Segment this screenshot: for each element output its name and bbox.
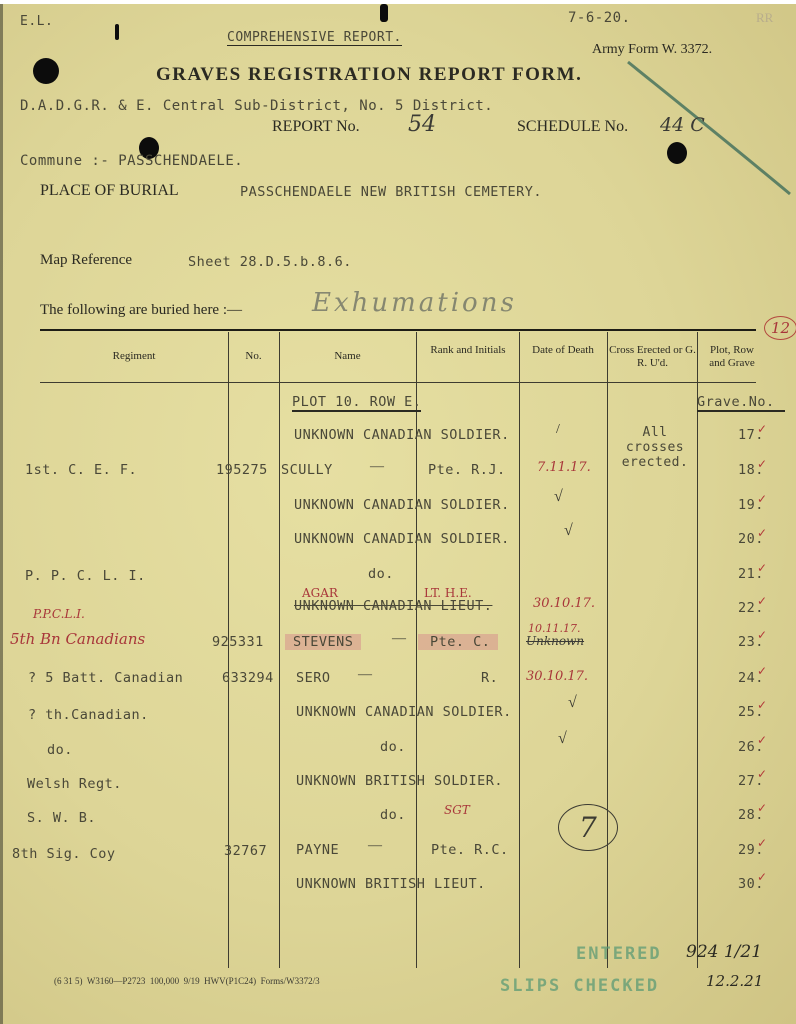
number-cell: 195275 [216, 462, 268, 478]
name-cell: do. [380, 807, 406, 823]
regiment-cell: Welsh Regt. [27, 776, 122, 792]
name-cell: SERO [296, 670, 331, 686]
col-header-no: No. [228, 350, 279, 363]
grave-heading: Grave.No. [697, 394, 785, 412]
slips-handwriting: 12.2.21 [706, 972, 763, 990]
page-edge-shadow [0, 4, 3, 1024]
slips-checked-stamp: SLIPS CHECKED [500, 976, 659, 996]
date-cell: 7.11.17. [537, 460, 591, 475]
buried-note: Exhumations [312, 288, 517, 318]
name-cell: do. [380, 739, 406, 755]
rank-cell: LT. H.E. [424, 586, 472, 600]
plot-heading: PLOT 10. ROW E. [292, 394, 421, 412]
place-label: PLACE OF BURIAL [40, 182, 179, 200]
buried-label: The following are buried here :— [40, 302, 242, 319]
date-struck: Unknown [526, 634, 584, 648]
rank-cell: Pte. R.J. [428, 462, 506, 478]
rank-cell: Pte. R.C. [431, 842, 509, 858]
graves-registration-form: E.L. COMPREHENSIVE REPORT. 7-6-20. RR Ar… [0, 4, 796, 1024]
cross-note: All crosses erected. [612, 425, 698, 470]
regiment-cell: 8th Sig. Coy [12, 846, 116, 862]
number-cell: 32767 [224, 843, 267, 859]
army-form: Army Form W. 3372. [592, 42, 712, 58]
rank-cell: R. [481, 670, 498, 686]
col-header-regiment: Regiment [40, 350, 228, 363]
regiment-cell: P.P.C.L.I. [33, 607, 85, 621]
regiment-cell: 1st. C. E. F. [25, 462, 137, 478]
rank-cell: SGT [444, 803, 470, 817]
col-divider [519, 332, 520, 968]
regiment-cell: P. P. C. L. I. [25, 568, 146, 584]
name-cell: UNKNOWN CANADIAN LIEUT. [294, 598, 492, 614]
print-code: (6 31 5) W3160—P2723 100,000 9/19 HWV(P1… [54, 976, 320, 986]
schedule-label: SCHEDULE No. [517, 118, 628, 136]
punch-hole [115, 24, 119, 40]
form-date: 7-6-20. [568, 10, 631, 26]
punch-hole [33, 58, 59, 84]
map-label: Map Reference [40, 252, 132, 269]
regiment-cell: S. W. B. [27, 810, 96, 826]
map-value: Sheet 28.D.5.b.8.6. [188, 254, 352, 270]
name-cell: do. [368, 566, 394, 582]
corner-mark: RR [756, 10, 773, 26]
regiment-cell: ? 5 Batt. Canadian [28, 670, 183, 686]
form-title: GRAVES REGISTRATION REPORT FORM. [156, 64, 582, 86]
col-divider [607, 332, 608, 968]
col-header-rank: Rank and Initials [424, 344, 512, 357]
name-cell: UNKNOWN CANADIAN SOLDIER. [296, 704, 512, 720]
table-header-rule [40, 382, 756, 383]
regiment-cell: do. [47, 742, 73, 758]
punch-hole [380, 4, 388, 22]
name-cell: UNKNOWN BRITISH SOLDIER. [296, 773, 503, 789]
name-cell: STEVENS [285, 634, 361, 650]
table-top-rule [40, 329, 756, 331]
schedule-no: 44 C [660, 114, 705, 136]
corner-initials: E.L. [20, 14, 53, 29]
commune: Commune :- PASSCHENDAELE. [20, 153, 243, 169]
name-cell: UNKNOWN CANADIAN SOLDIER. [294, 497, 510, 513]
regiment-cell: 5th Bn Canadians [10, 630, 145, 648]
name-cell: UNKNOWN BRITISH LIEUT. [296, 876, 486, 892]
name-cell: UNKNOWN CANADIAN SOLDIER. [294, 427, 510, 443]
name-cell: UNKNOWN CANADIAN SOLDIER. [294, 531, 510, 547]
date-cell: 30.10.17. [526, 669, 588, 684]
circled-margin-number: 12 [764, 316, 796, 340]
date-cell: 30.10.17. [533, 596, 595, 611]
col-header-date: Date of Death [527, 344, 599, 357]
place-value: PASSCHENDAELE NEW BRITISH CEMETERY. [240, 184, 542, 200]
number-cell: 925331 [212, 634, 264, 650]
number-cell: 633294 [222, 670, 274, 686]
name-cell: PAYNE [296, 842, 339, 858]
entered-stamp: ENTERED [576, 944, 662, 964]
regiment-cell: ? th.Canadian. [28, 707, 149, 723]
circled-count: 7 [558, 804, 618, 851]
col-header-name: Name [279, 350, 416, 363]
report-no: 54 [408, 112, 436, 137]
name-cell: SCULLY [281, 462, 333, 478]
col-divider [228, 332, 229, 968]
rank-cell: Pte. C. [418, 634, 498, 650]
col-header-cross: Cross Erected or G. R. U'd. [608, 344, 697, 370]
col-divider [279, 332, 280, 968]
pen-stroke [620, 54, 796, 204]
comprehensive-label: COMPREHENSIVE REPORT. [227, 30, 402, 46]
entered-handwriting: 924 1/21 [686, 942, 762, 962]
report-label: REPORT No. [272, 118, 360, 136]
col-header-plot: Plot, Row and Grave [702, 344, 762, 370]
